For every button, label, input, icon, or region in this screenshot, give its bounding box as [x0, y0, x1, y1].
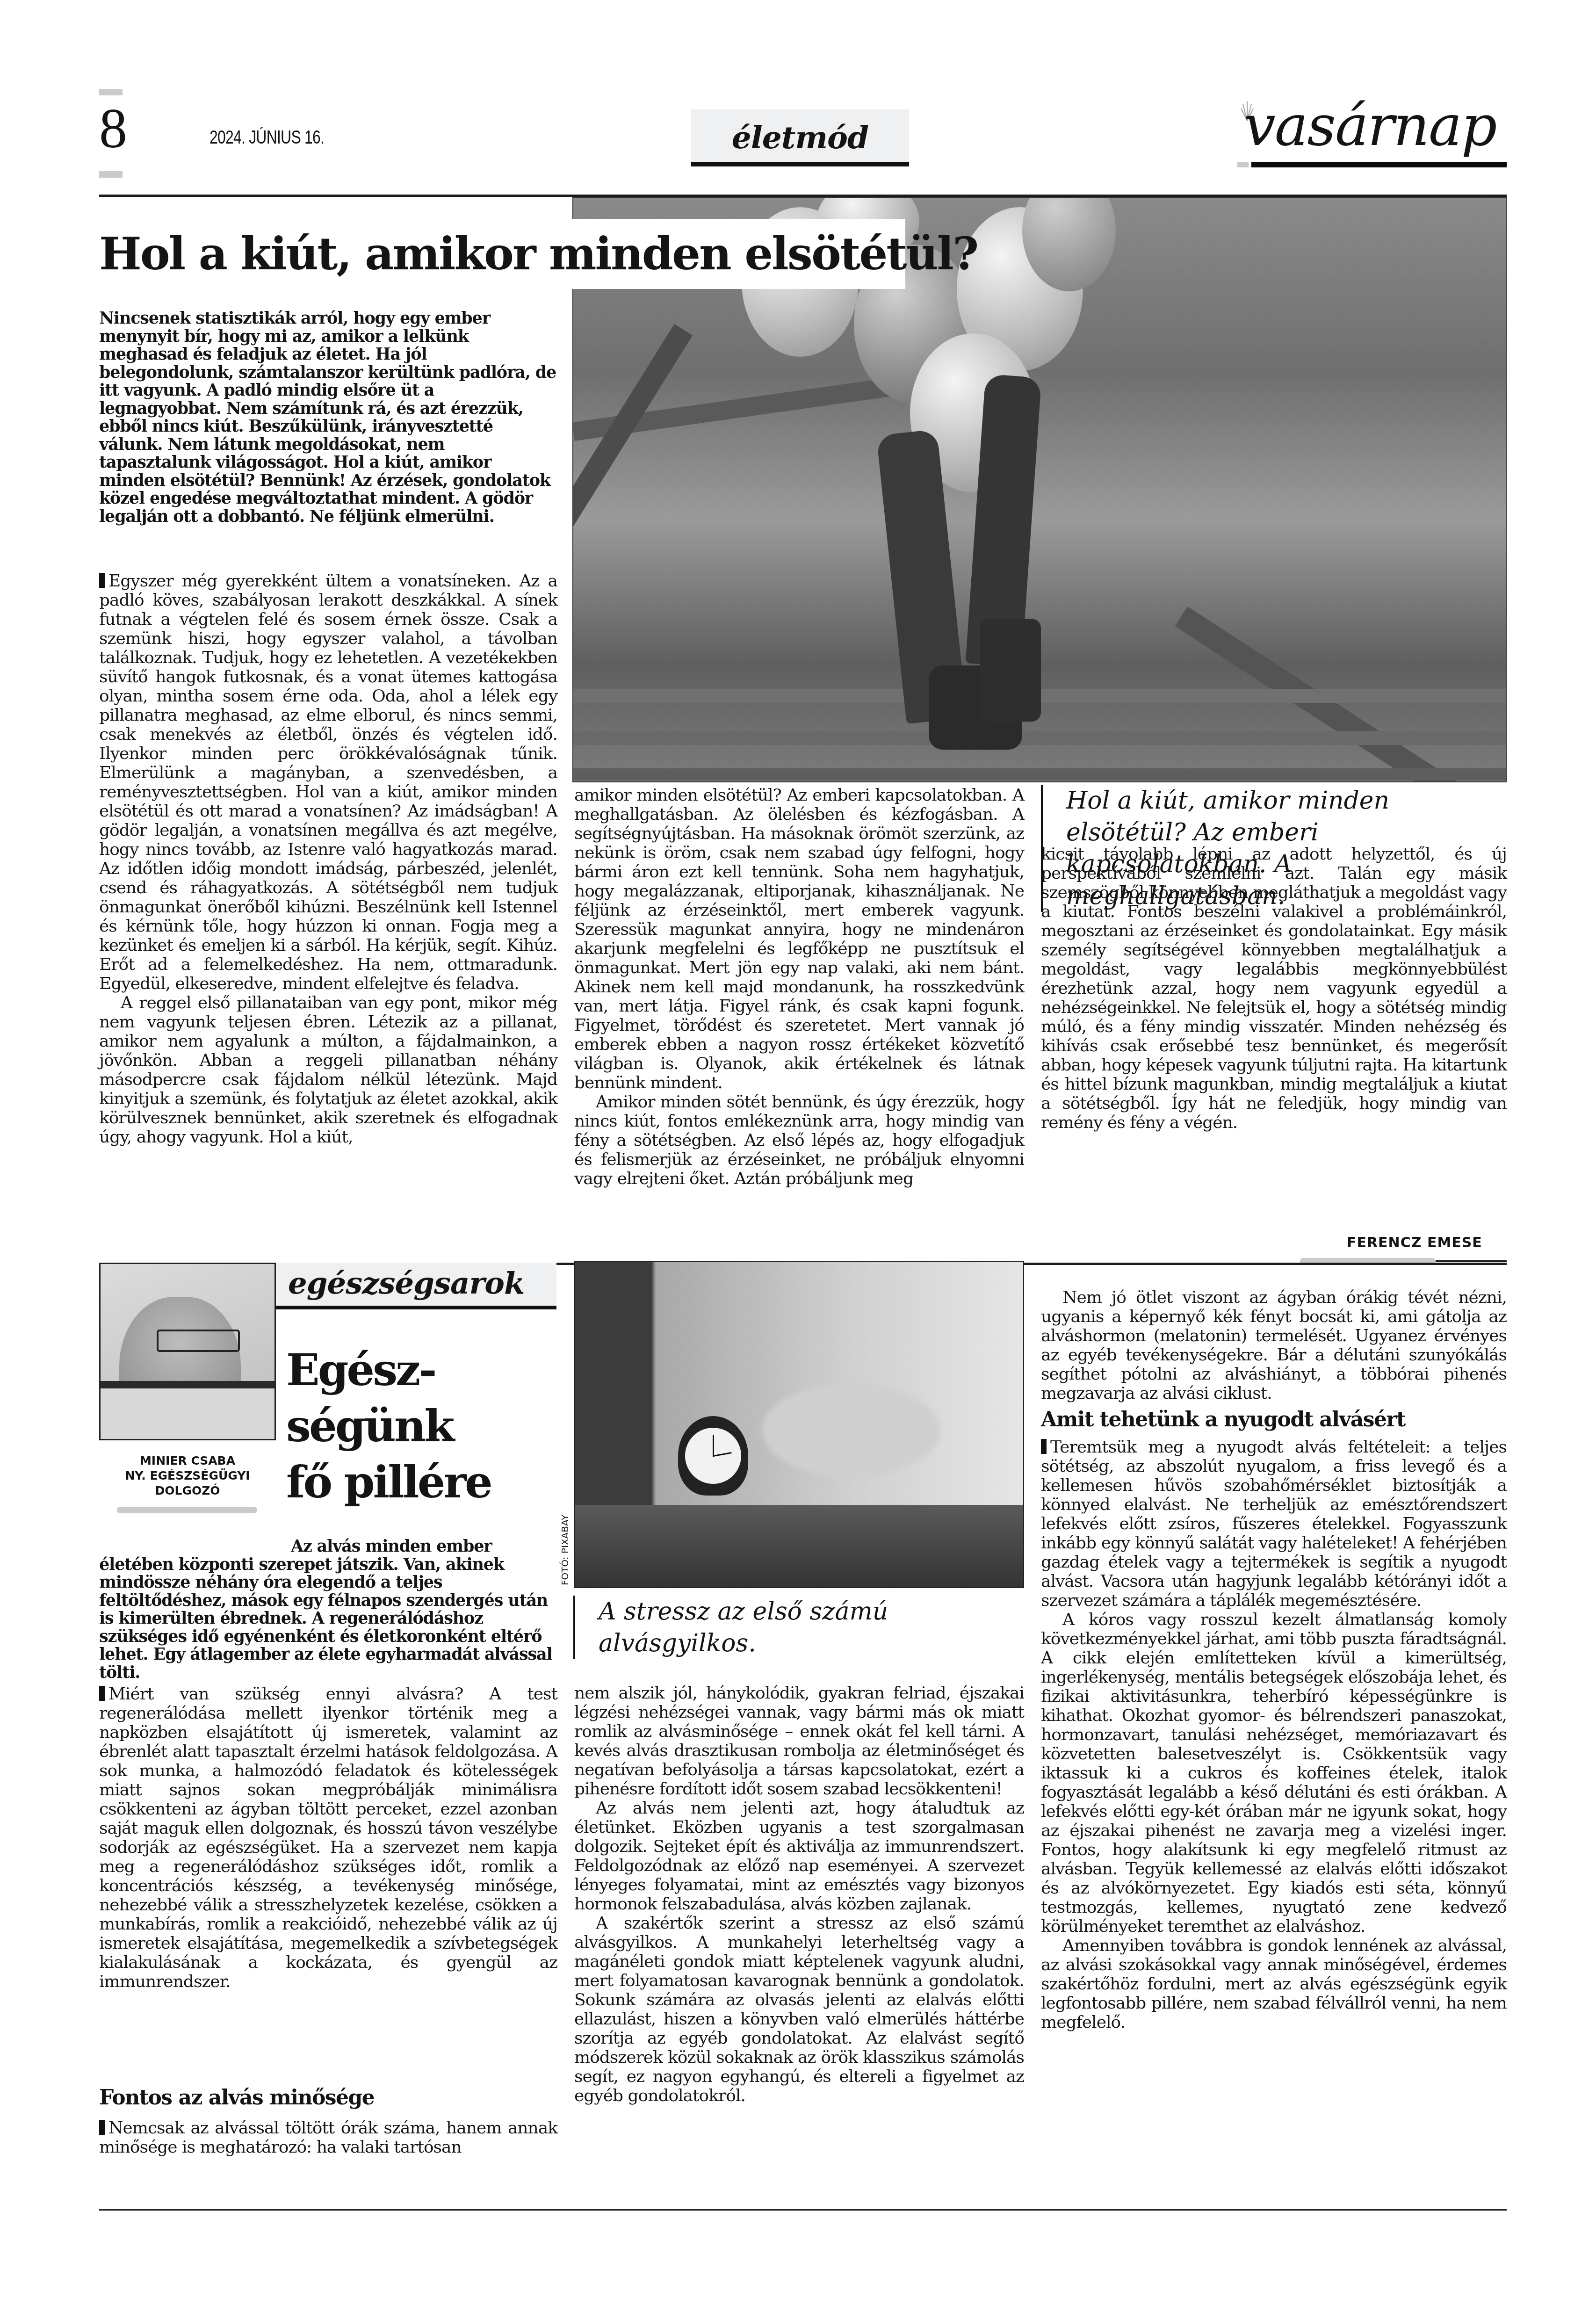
- page-number: 8: [99, 101, 113, 157]
- paragraph: kicsit távolabb lépni az adott helyzettő…: [1041, 845, 1507, 1132]
- health-column-3b: Teremtsük meg a nyugodt alvás feltételei…: [1041, 1438, 1507, 2032]
- subheading: Fontos az alvás minősége: [99, 2086, 374, 2110]
- byline-rule: [1436, 1260, 1507, 1262]
- bottom-rule: [99, 2209, 1507, 2211]
- paragraph: Amennyiben továbbra is gondok lennének a…: [1041, 1936, 1507, 2032]
- subheading: Amit tehetünk a nyugodt alvásért: [1041, 1408, 1405, 1431]
- health-column-2: nem alszik jól, hánykolódik, gyakran fel…: [574, 1684, 1024, 2105]
- paragraph-marker-icon: [99, 573, 105, 588]
- author-portrait: [99, 1263, 276, 1440]
- paragraph-marker-icon: [1041, 1439, 1047, 1454]
- brand-underline: [1251, 162, 1507, 167]
- newspaper-brand: vasárnap: [1244, 98, 1496, 154]
- page-number-bar-bottom: [99, 171, 123, 178]
- paragraph: amikor minden elsötétül? Az emberi kapcs…: [574, 786, 1024, 1092]
- caption-bar: [117, 1507, 257, 1513]
- paragraph: A kóros vagy rosszul kezelt álmatlanság …: [1041, 1610, 1507, 1936]
- paragraph: Miért van szükség ennyi alvásra? A test …: [99, 1684, 557, 1991]
- brand-bar-accent: [1237, 162, 1249, 167]
- article-lead: Nincsenek statisztikák arról, hogy egy e…: [99, 310, 557, 526]
- portrait-caption: MINIER CSABA NY. EGÉSZSÉGÜGYI DOLGOZÓ: [99, 1453, 276, 1498]
- article-column-3: kicsit távolabb lépni az adott helyzettő…: [1041, 845, 1507, 1132]
- author-byline: FERENCZ EMESE: [1347, 1235, 1482, 1251]
- section-label: életmód: [732, 119, 869, 156]
- paragraph: Teremtsük meg a nyugodt alvás feltételei…: [1041, 1438, 1507, 1610]
- paragraph: A szakértők szerint a stressz az első sz…: [574, 1914, 1024, 2105]
- alarm-clock-photo: [574, 1261, 1024, 1588]
- paragraph: Az alvás nem jelenti azt, hogy átaludtuk…: [574, 1799, 1024, 1914]
- paragraph: Nemcsak az alvással töltött órák száma, …: [99, 2118, 557, 2157]
- pull-quote-health: A stressz az első számú alvásgyilkos.: [573, 1596, 1019, 1659]
- health-headline: Egész- ségünk fő pillére: [286, 1342, 491, 1511]
- paragraph: Egyszer még gyerekként ültem a vonatsíne…: [99, 571, 557, 993]
- article-column-1: Egyszer még gyerekként ültem a vonatsíne…: [99, 571, 557, 1147]
- glasses-icon: [157, 1330, 240, 1352]
- health-column-1: Miért van szükség ennyi alvásra? A test …: [99, 1684, 557, 1991]
- paragraph-marker-icon: [99, 1686, 105, 1701]
- clock-icon: [678, 1416, 748, 1496]
- page-number-bar-top: [99, 89, 123, 95]
- article-headline: Hol a kiút, amikor minden elsötétül?: [99, 224, 977, 284]
- section-tag: életmód: [691, 109, 909, 166]
- paragraph-marker-icon: [99, 2120, 105, 2135]
- issue-date: 2024. JÚNIUS 16.: [209, 127, 324, 148]
- health-column-1b: Nemcsak az alvással töltött órák száma, …: [99, 2118, 557, 2157]
- article-column-2: amikor minden elsötétül? Az emberi kapcs…: [574, 786, 1024, 1188]
- photo-credit: FOTÓ: PIXABAY: [559, 1515, 571, 1585]
- health-column-3: Nem jó ötlet viszont az ágyban órákig té…: [1041, 1288, 1507, 1403]
- paragraph: A reggel első pillanataiban van egy pont…: [99, 993, 557, 1147]
- paragraph: Nem jó ötlet viszont az ágyban órákig té…: [1041, 1288, 1507, 1403]
- section-tag-health: egészségsarok: [276, 1263, 556, 1309]
- paragraph: Amikor minden sötét bennünk, és úgy érez…: [574, 1092, 1024, 1188]
- health-lead: Az alvás minden ember életében központi …: [99, 1538, 557, 1682]
- paragraph: nem alszik jól, hánykolódik, gyakran fel…: [574, 1684, 1024, 1799]
